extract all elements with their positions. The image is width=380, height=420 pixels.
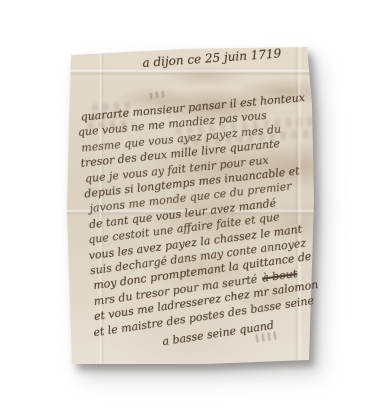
letter-photograph: a dijon ce 25 juin 1719 quararte monsieu… bbox=[0, 0, 380, 420]
letter-body: quararte monsieur pansar il est honteux … bbox=[76, 89, 339, 356]
